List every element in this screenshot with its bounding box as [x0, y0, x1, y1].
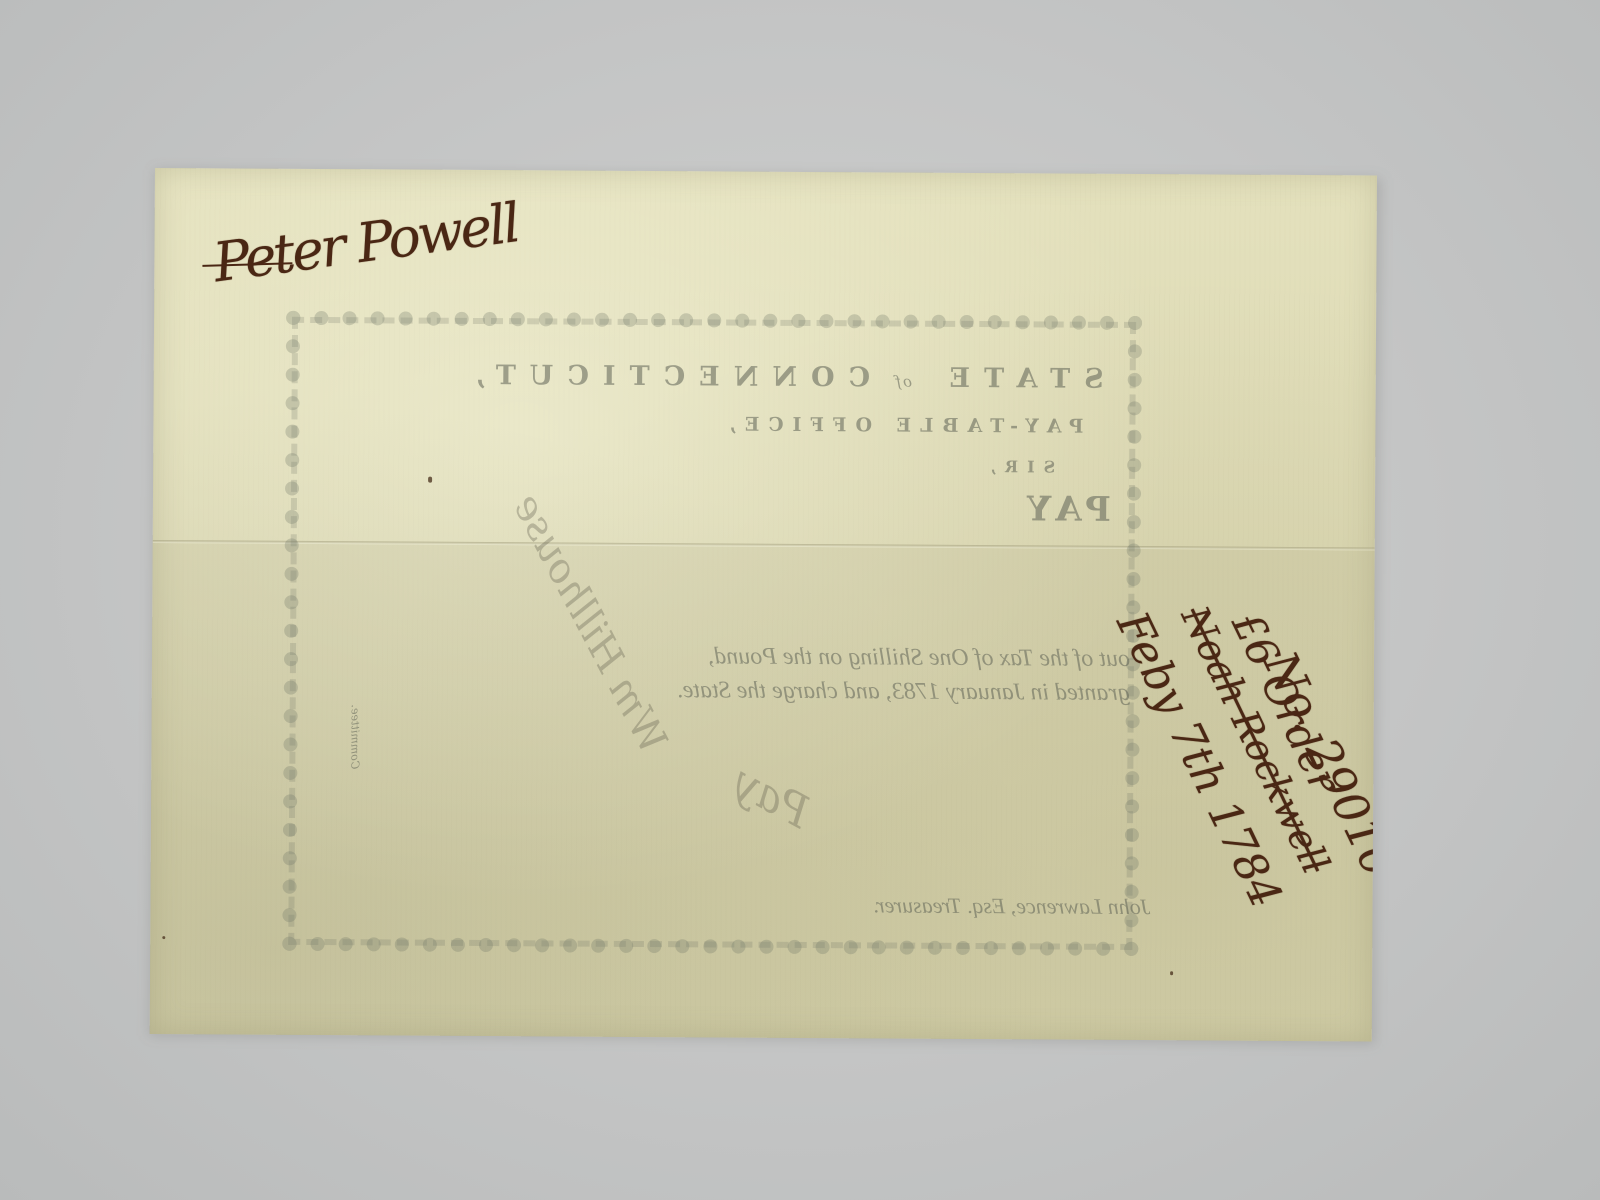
- ink-speck: [162, 936, 165, 939]
- printed-office: PAY-TABLE OFFICE,: [720, 413, 1083, 437]
- printed-tax-line-2: granted in January 1783, and charge the …: [677, 677, 1130, 707]
- printed-committee-label: Committee.: [348, 704, 361, 769]
- ornamental-border-inner: [288, 317, 1136, 950]
- ink-speck: [1170, 971, 1173, 975]
- printed-showthrough: STATE of CONNECTICUT, PAY-TABLE OFFICE, …: [270, 299, 1154, 964]
- handwritten-signature: Peter Powell: [210, 191, 522, 294]
- ink-speck: [428, 477, 432, 483]
- printed-title: STATE of CONNECTICUT,: [461, 360, 1104, 395]
- printed-pay: PAY: [1021, 489, 1111, 530]
- title-state-word: STATE: [935, 363, 1103, 395]
- title-connecticut: CONNECTICUT,: [461, 360, 870, 393]
- printed-treasurer-line: John Lawrence, Esq. Treasurer.: [873, 892, 1151, 920]
- printed-tax-line-1: out of the Tax of One Shilling on the Po…: [708, 643, 1130, 673]
- title-of-word: of: [893, 373, 912, 391]
- document-paper: STATE of CONNECTICUT, PAY-TABLE OFFICE, …: [150, 168, 1377, 1041]
- printed-salutation: SIR,: [981, 457, 1055, 476]
